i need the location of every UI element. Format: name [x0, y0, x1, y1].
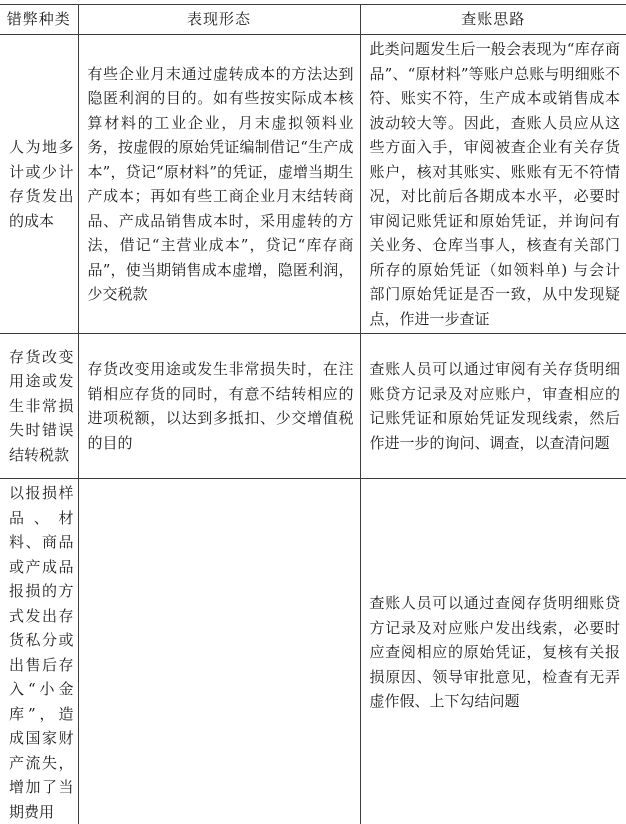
header-error-type: 错弊种类 [0, 5, 78, 35]
table-row: 以报损样品、材料、商品或产成品报损的方式发出存货私分或出售后存入“小金库”，造成… [0, 479, 626, 824]
table-row: 存货改变用途或发生非常损失时错误结转税款 存货改变用途或发生非常损失时，在注销相… [0, 334, 626, 479]
inventory-audit-table: 错弊种类 表现形态 查账思路 人为地多计或少计存货发出的成本 有些企业月末通过虚… [0, 4, 626, 824]
table-row: 人为地多计或少计存货发出的成本 有些企业月末通过虚转成本的方法达到隐匿利润的目的… [0, 35, 626, 334]
cell-manifestation [78, 479, 360, 824]
cell-error-type: 存货改变用途或发生非常损失时错误结转税款 [0, 334, 78, 479]
cell-error-type: 以报损样品、材料、商品或产成品报损的方式发出存货私分或出售后存入“小金库”，造成… [0, 479, 78, 824]
header-row: 错弊种类 表现形态 查账思路 [0, 5, 626, 35]
cell-audit-approach: 查账人员可以通过审阅有关存货明细账贷方记录及对应账户，审查相应的记账凭证和原始凭… [360, 334, 626, 479]
header-manifestation: 表现形态 [78, 5, 360, 35]
cell-error-type: 人为地多计或少计存货发出的成本 [0, 35, 78, 334]
header-audit-approach: 查账思路 [360, 5, 626, 35]
cell-audit-approach: 此类问题发生后一般会表现为“库存商品”、“原材料”等账户总账与明细账不符、账实不… [360, 35, 626, 334]
cell-manifestation: 存货改变用途或发生非常损失时，在注销相应存货的同时，有意不结转相应的进项税额，以… [78, 334, 360, 479]
cell-audit-approach: 查账人员可以通过查阅存货明细账贷方记录及对应账户发出线索，必要时应查阅相应的原始… [360, 479, 626, 824]
cell-manifestation: 有些企业月末通过虚转成本的方法达到隐匿利润的目的。如有些按实际成本核算材料的工业… [78, 35, 360, 334]
